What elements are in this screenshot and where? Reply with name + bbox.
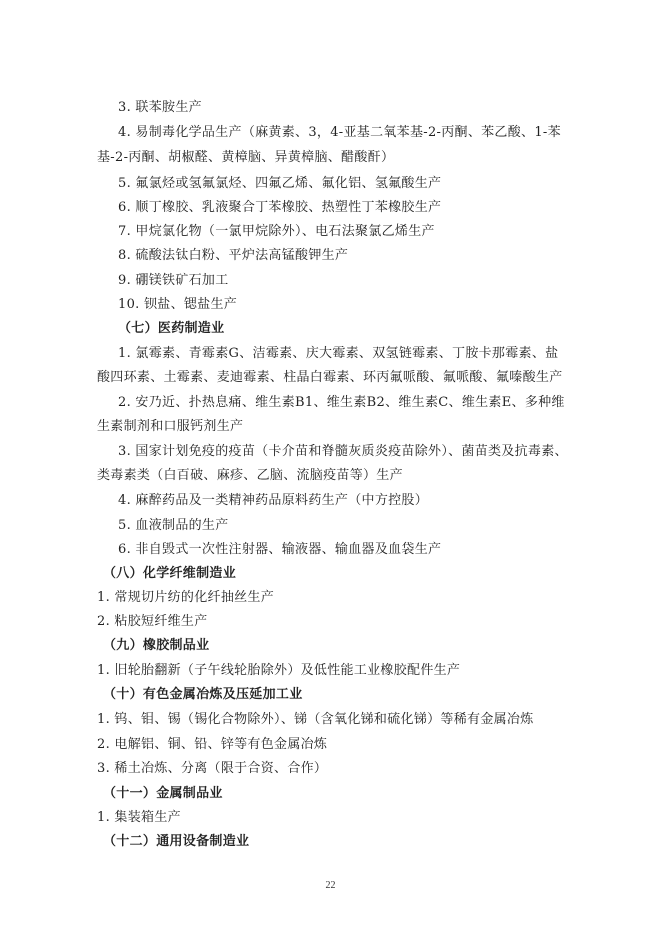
list-item: 1. 氯霉素、青霉素G、洁霉素、庆大霉素、双氢链霉素、丁胺卡那霉素、盐: [118, 346, 558, 362]
list-item: 1. 常规切片纺的化纤抽丝生产: [97, 590, 274, 606]
section-heading: （八）化学纤维制造业: [103, 566, 236, 582]
section-heading: （七）医药制造业: [118, 321, 224, 337]
list-item: 1. 旧轮胎翻新（子午线轮胎除外）及低性能工业橡胶配件生产: [97, 663, 460, 679]
list-item: 6. 顺丁橡胶、乳液聚合丁苯橡胶、热塑性丁苯橡胶生产: [118, 200, 441, 216]
list-item-continuation: 类毒素类（白百破、麻疹、乙脑、流脑疫苗等）生产: [97, 468, 403, 484]
list-item: 1. 集装箱生产: [97, 810, 181, 826]
document-page: 3. 联苯胺生产 4. 易制毒化学品生产（麻黄素、3，4-亚基二氧苯基-2-丙酮…: [0, 0, 661, 936]
list-item: 3. 稀土冶炼、分离（限于合资、合作）: [97, 761, 327, 777]
list-item: 5. 血液制品的生产: [118, 518, 229, 534]
section-heading: （十）有色金属冶炼及压延加工业: [103, 687, 303, 703]
list-item: 3. 国家计划免疫的疫苗（卡介苗和脊髓灰质炎疫苗除外）、菌苗类及抗毒素、: [118, 444, 568, 460]
list-item: 1. 钨、钼、锡（锡化合物除外）、锑（含氧化锑和硫化锑）等稀有金属冶炼: [97, 712, 534, 728]
list-item: 4. 易制毒化学品生产（麻黄素、3，4-亚基二氧苯基-2-丙酮、苯乙酸、1-苯: [118, 125, 561, 141]
section-heading: （十二）通用设备制造业: [103, 834, 249, 850]
page-number: 22: [0, 880, 661, 891]
list-item: 9. 硼镁铁矿石加工: [118, 273, 229, 289]
list-item: 2. 安乃近、扑热息痛、维生素B1、维生素B2、维生素C、维生素E、多种维: [118, 395, 565, 411]
list-item: 6. 非自毁式一次性注射器、输液器、输血器及血袋生产: [118, 542, 441, 558]
list-item: 7. 甲烷氯化物（一氯甲烷除外）、电石法聚氯乙烯生产: [118, 224, 435, 240]
list-item-continuation: 生素制剂和口服钙剂生产: [97, 419, 243, 435]
list-item: 2. 粘胶短纤维生产: [97, 614, 208, 630]
list-item: 3. 联苯胺生产: [118, 100, 202, 116]
list-item: 5. 氟氯烃或氢氟氯烃、四氟乙烯、氟化铝、氢氟酸生产: [118, 176, 441, 192]
list-item: 8. 硫酸法钛白粉、平炉法高锰酸钾生产: [118, 248, 348, 264]
section-heading: （十一）金属制品业: [103, 786, 223, 802]
list-item: 10. 钡盐、锶盐生产: [118, 297, 237, 313]
list-item: 2. 电解铝、铜、铅、锌等有色金属冶炼: [97, 737, 327, 753]
list-item-continuation: 基-2-丙酮、胡椒醛、黄樟脑、异黄樟脑、醋酸酐）: [97, 150, 394, 166]
list-item: 4. 麻醉药品及一类精神药品原料药生产（中方控股）: [118, 493, 428, 509]
list-item-continuation: 酸四环素、土霉素、麦迪霉素、柱晶白霉素、环丙氟哌酸、氟哌酸、氟嗪酸生产: [97, 370, 563, 386]
section-heading: （九）橡胶制品业: [103, 638, 209, 654]
